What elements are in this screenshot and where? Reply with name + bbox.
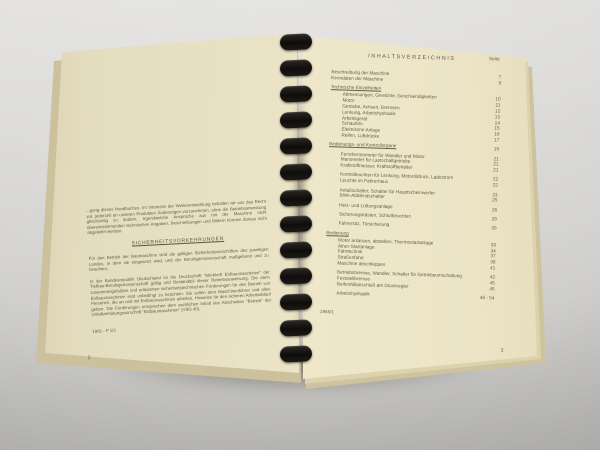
table-of-contents: Beschreibung der Maschine7Kenndaten der …: [318, 69, 501, 301]
binding-loop: [280, 59, 313, 76]
left-page-content: ...gung dieses Handbuches. Im Interesse …: [86, 199, 272, 334]
binding-loop: [280, 319, 313, 336]
toc-entry-page-number: 46 - 54: [466, 295, 494, 302]
toc-entry-row: Arbeitshydraulik46 - 54: [318, 290, 494, 301]
binding-loop: [280, 345, 313, 362]
binding-loop: [280, 293, 313, 310]
right-footer-code: 1955/1: [318, 309, 518, 320]
toc-entry-label: Heiz- und Lüftungsanlage: [321, 202, 469, 212]
toc-entry-page-number: 21: [470, 167, 498, 174]
toc-entry-page-number: 19: [471, 146, 499, 153]
safety-section-heading: SICHERHEITSVORKEHRUNGEN: [88, 234, 268, 249]
manual-photo-scene: ...gung dieses Handbuches. Im Interesse …: [0, 0, 600, 450]
toc-entry-page-number: 22: [470, 182, 498, 189]
toc-entry-page-number: 45: [467, 285, 495, 292]
right-page-number: 3: [501, 348, 504, 354]
toc-entry-label: Fahrersitz, Türsicherung: [321, 220, 469, 230]
left-paragraph: In der Bundesrepublik Deutschland ist di…: [90, 269, 272, 318]
binding-loop: [280, 267, 313, 284]
binding-loop: [280, 137, 313, 154]
binding-loop: [280, 189, 313, 206]
binding-loop: [280, 163, 313, 180]
binding-loop: [280, 111, 313, 128]
toc-entry-page-number: 41: [467, 265, 495, 272]
toc-entry-label: Bedienungs- und Kontrollorgane: [323, 141, 471, 151]
right-page-content: INHALTSVERZEICHNIS Seite Beschreibung de…: [316, 52, 526, 388]
left-paragraph: Für den Betrieb der Baumaschine sind die…: [89, 246, 270, 272]
toc-entry-page-number: [468, 234, 496, 241]
toc-entry-page-number: 25: [469, 197, 497, 204]
toc-entry-page-number: [473, 89, 501, 96]
binding-loop: [280, 241, 313, 258]
toc-entry-page-number: 30: [468, 225, 496, 232]
toc-page-column-label: Seite: [474, 57, 500, 63]
toc-entry-page-number: 29: [469, 216, 497, 223]
binding-loop: [280, 33, 313, 50]
toc-entry-page-number: 9: [473, 79, 501, 86]
left-page-number: 2: [88, 355, 91, 361]
comb-binding: [280, 34, 314, 362]
binding-loop: [280, 85, 313, 102]
toc-entry-label: Sicherungskästen, Schlußleuchten: [321, 211, 469, 221]
binding-loop: [280, 215, 313, 232]
toc-entry-page-number: 17: [471, 137, 499, 144]
toc-entry-page-number: 26: [469, 206, 497, 213]
toc-entry-label: Arbeitshydraulik: [318, 290, 466, 300]
